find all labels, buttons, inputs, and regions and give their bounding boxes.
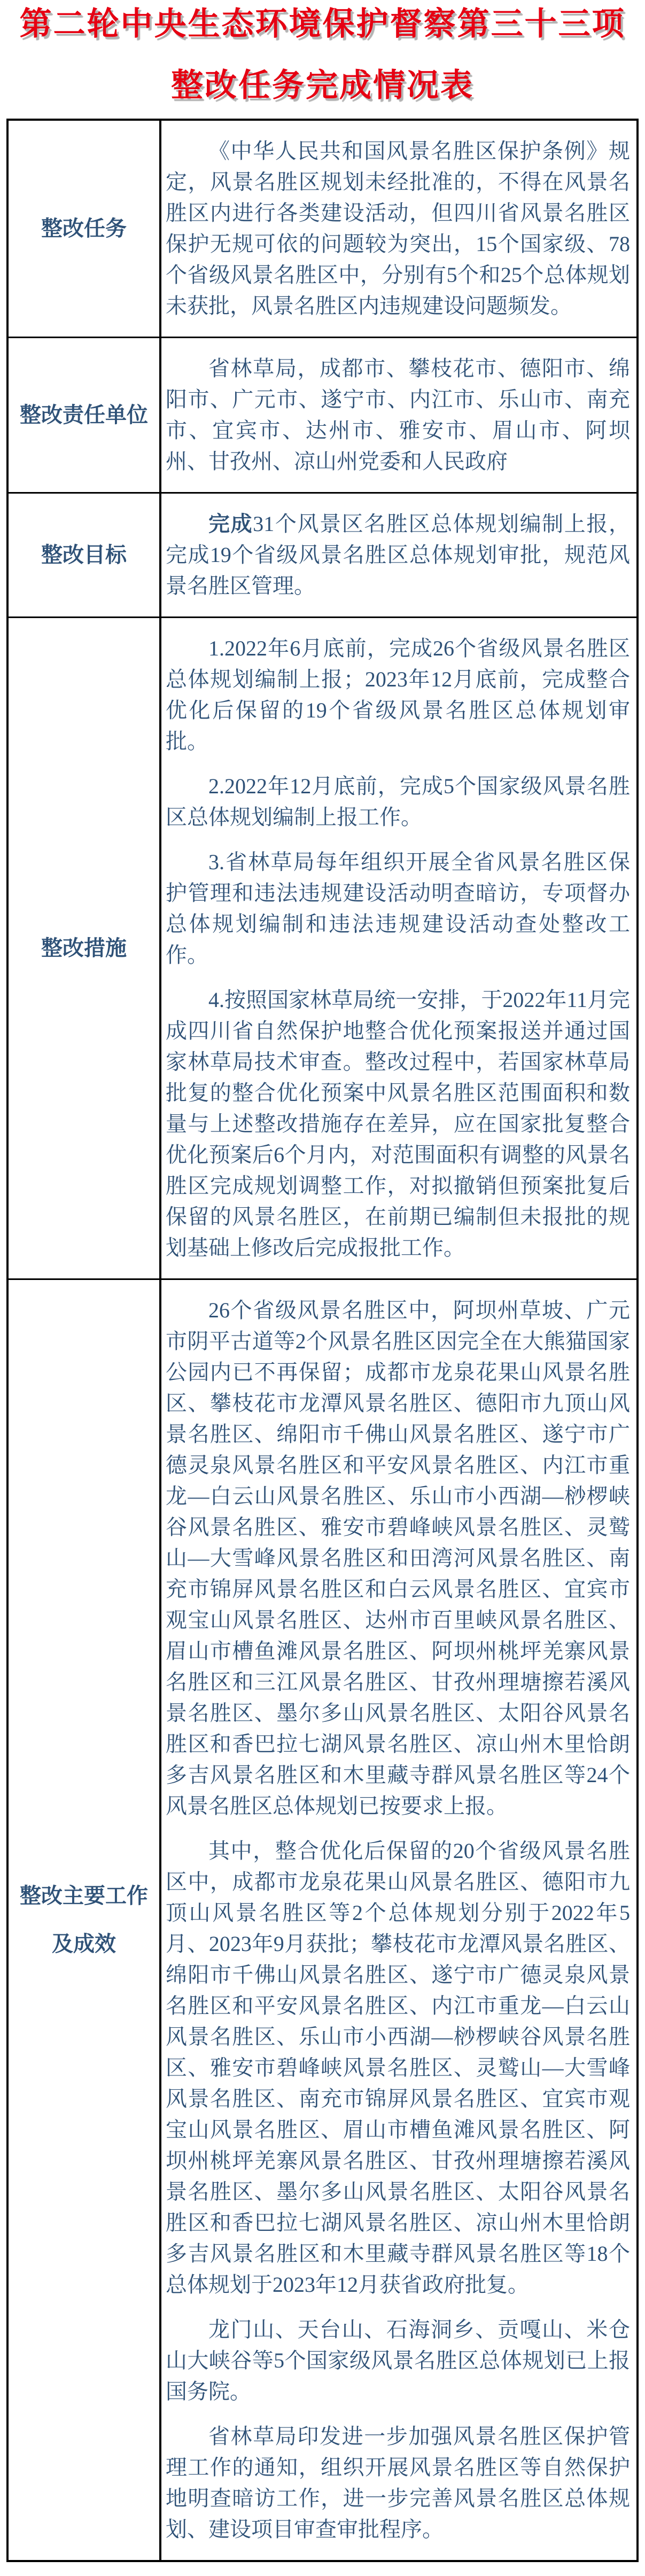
row-header-responsible-unit: 整改责任单位 <box>9 338 161 492</box>
row-content-task: 《中华人民共和国风景名胜区保护条例》规定，风景名胜区规划未经批准的，不得在风景名… <box>161 121 636 337</box>
row-header-goal-label: 整改目标 <box>41 531 127 579</box>
responsible-unit-paragraph: 省林草局，成都市、攀枝花市、德阳市、绵阳市、广元市、遂宁市、内江市、乐山市、南充… <box>166 353 630 477</box>
row-header-main-work-results: 整改主要工作 及成效 <box>9 1280 161 2560</box>
measure-paragraph-3: 3.省林草局每年组织开展全省风景名胜区保护管理和违法违规建设活动明查暗访，专项督… <box>166 847 630 971</box>
document-page: 第二轮中央生态环境保护督察第三十三项 整改任务完成情况表 整改任务 《中华人民共… <box>0 0 645 2562</box>
row-content-goal: 完成31个风景区名胜区总体规划编制上报，完成19个省级风景名胜区总体规划审批，规… <box>161 494 636 616</box>
table-row-responsible-unit: 整改责任单位 省林草局，成都市、攀枝花市、德阳市、绵阳市、广元市、遂宁市、内江市… <box>9 337 636 492</box>
row-content-main-work-results: 26个省级风景名胜区中，阿坝州草坡、广元市阴平古道等2个风景名胜区因完全在大熊猫… <box>161 1280 636 2560</box>
table-row-measures: 整改措施 1.2022年6月底前，完成26个省级风景名胜区总体规划编制上报；20… <box>9 616 636 1278</box>
results-paragraph-2: 其中，整合优化后保留的20个省级风景名胜区中，成都市龙泉花果山风景名胜区、德阳市… <box>166 1836 630 2300</box>
results-paragraph-4: 省林草局印发进一步加强风景名胜区保护管理工作的通知，组织开展风景名胜区等自然保护… <box>166 2421 630 2545</box>
measure-paragraph-4: 4.按照国家林草局统一安排，于2022年11月完成四川省自然保护地整合优化预案报… <box>166 985 630 1263</box>
table-row-main-work-results: 整改主要工作 及成效 26个省级风景名胜区中，阿坝州草坡、广元市阴平古道等2个风… <box>9 1278 636 2560</box>
goal-paragraph: 完成31个风景区名胜区总体规划编制上报，完成19个省级风景名胜区总体规划审批，规… <box>166 509 630 602</box>
goal-bold-lead: 完成 <box>208 512 253 536</box>
task-paragraph: 《中华人民共和国风景名胜区保护条例》规定，风景名胜区规划未经批准的，不得在风景名… <box>166 136 630 322</box>
row-header-measures: 整改措施 <box>9 618 161 1278</box>
row-content-measures: 1.2022年6月底前，完成26个省级风景名胜区总体规划编制上报；2023年12… <box>161 618 636 1278</box>
results-paragraph-3: 龙门山、天台山、石海洞乡、贡嘎山、米仓山大峡谷等5个国家级风景名胜区总体规划已上… <box>166 2314 630 2407</box>
row-content-responsible-unit: 省林草局，成都市、攀枝花市、德阳市、绵阳市、广元市、遂宁市、内江市、乐山市、南充… <box>161 338 636 492</box>
row-header-task-label: 整改任务 <box>41 205 127 253</box>
results-paragraph-1: 26个省级风景名胜区中，阿坝州草坡、广元市阴平古道等2个风景名胜区因完全在大熊猫… <box>166 1295 630 1822</box>
page-title-line2: 整改任务完成情况表 <box>0 69 645 103</box>
row-header-task: 整改任务 <box>9 121 161 337</box>
row-header-goal: 整改目标 <box>9 494 161 616</box>
page-title-line1: 第二轮中央生态环境保护督察第三十三项 <box>0 7 645 41</box>
table-row-task: 整改任务 《中华人民共和国风景名胜区保护条例》规定，风景名胜区规划未经批准的，不… <box>9 121 636 337</box>
measure-paragraph-2: 2.2022年12月底前，完成5个国家级风景名胜区总体规划编制上报工作。 <box>166 771 630 833</box>
measure-paragraph-1: 1.2022年6月底前，完成26个省级风景名胜区总体规划编制上报；2023年12… <box>166 633 630 757</box>
row-header-main-work-results-label: 整改主要工作 及成效 <box>20 1872 148 1968</box>
page-title: 第二轮中央生态环境保护督察第三十三项 整改任务完成情况表 <box>0 0 645 103</box>
table-row-goal: 整改目标 完成31个风景区名胜区总体规划编制上报，完成19个省级风景名胜区总体规… <box>9 492 636 616</box>
row-header-measures-label: 整改措施 <box>41 924 127 972</box>
row-header-responsible-unit-label: 整改责任单位 <box>20 391 148 439</box>
rectification-table: 整改任务 《中华人民共和国风景名胜区保护条例》规定，风景名胜区规划未经批准的，不… <box>6 119 639 2562</box>
